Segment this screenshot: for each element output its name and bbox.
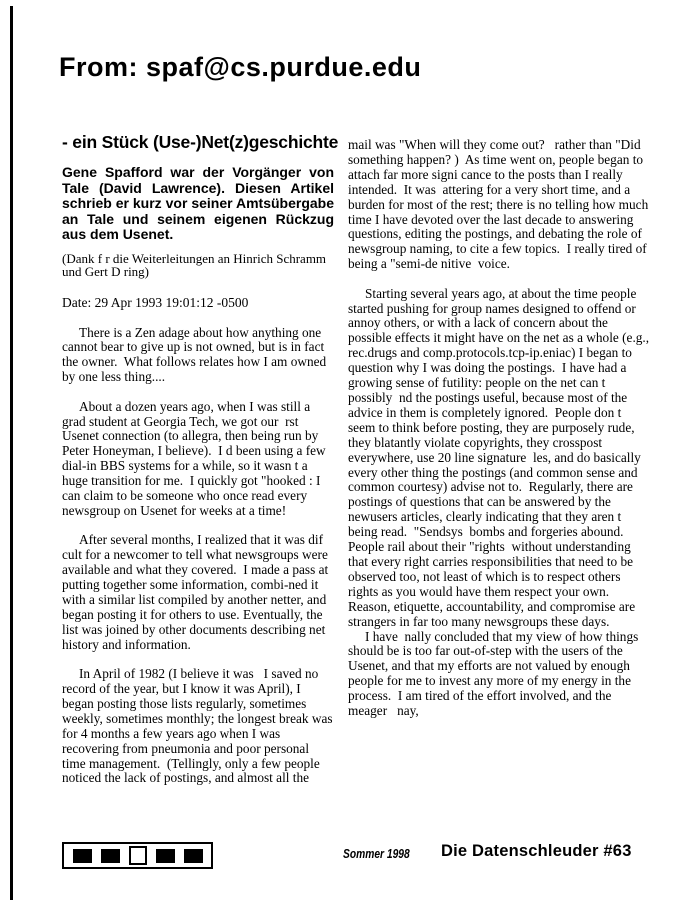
paragraph: There is a Zen adage about how anything …: [62, 326, 334, 386]
spine-rule: [10, 6, 13, 900]
article-intro: Gene Spafford war der Vorgänger von Tale…: [62, 165, 334, 243]
footer-issue: Die Datenschleuder #63: [441, 842, 632, 861]
marker-square-icon: [73, 849, 92, 863]
marker-square-icon: [129, 846, 147, 865]
footer-season: Sommer 1998: [343, 847, 410, 861]
paragraph: Starting several years ago, at about the…: [348, 287, 650, 630]
marker-square-icon: [101, 849, 120, 863]
page-title: From: spaf@cs.purdue.edu: [59, 52, 421, 83]
paragraph: About a dozen years ago, when I was stil…: [62, 400, 334, 519]
left-column: - ein Stück (Use-)Net(z)geschichte Gene …: [62, 132, 334, 786]
paragraph: I have nally concluded that my view of h…: [348, 630, 650, 719]
date-line: Date: 29 Apr 1993 19:01:12 -0500: [62, 296, 334, 310]
right-column: mail was "When will they come out? rathe…: [348, 132, 650, 786]
marker-square-icon: [184, 849, 203, 863]
paragraph: mail was "When will they come out? rathe…: [348, 138, 650, 272]
marker-square-icon: [156, 849, 175, 863]
footer-page-marker: [62, 842, 213, 869]
paragraph: In April of 1982 (I believe it was I sav…: [62, 667, 334, 786]
article-credit: (Dank f r die Weiterleitungen an Hinrich…: [62, 252, 334, 279]
article-heading: - ein Stück (Use-)Net(z)geschichte: [62, 132, 334, 152]
article-body: - ein Stück (Use-)Net(z)geschichte Gene …: [62, 132, 650, 786]
paragraph: After several months, I realized that it…: [62, 533, 334, 652]
